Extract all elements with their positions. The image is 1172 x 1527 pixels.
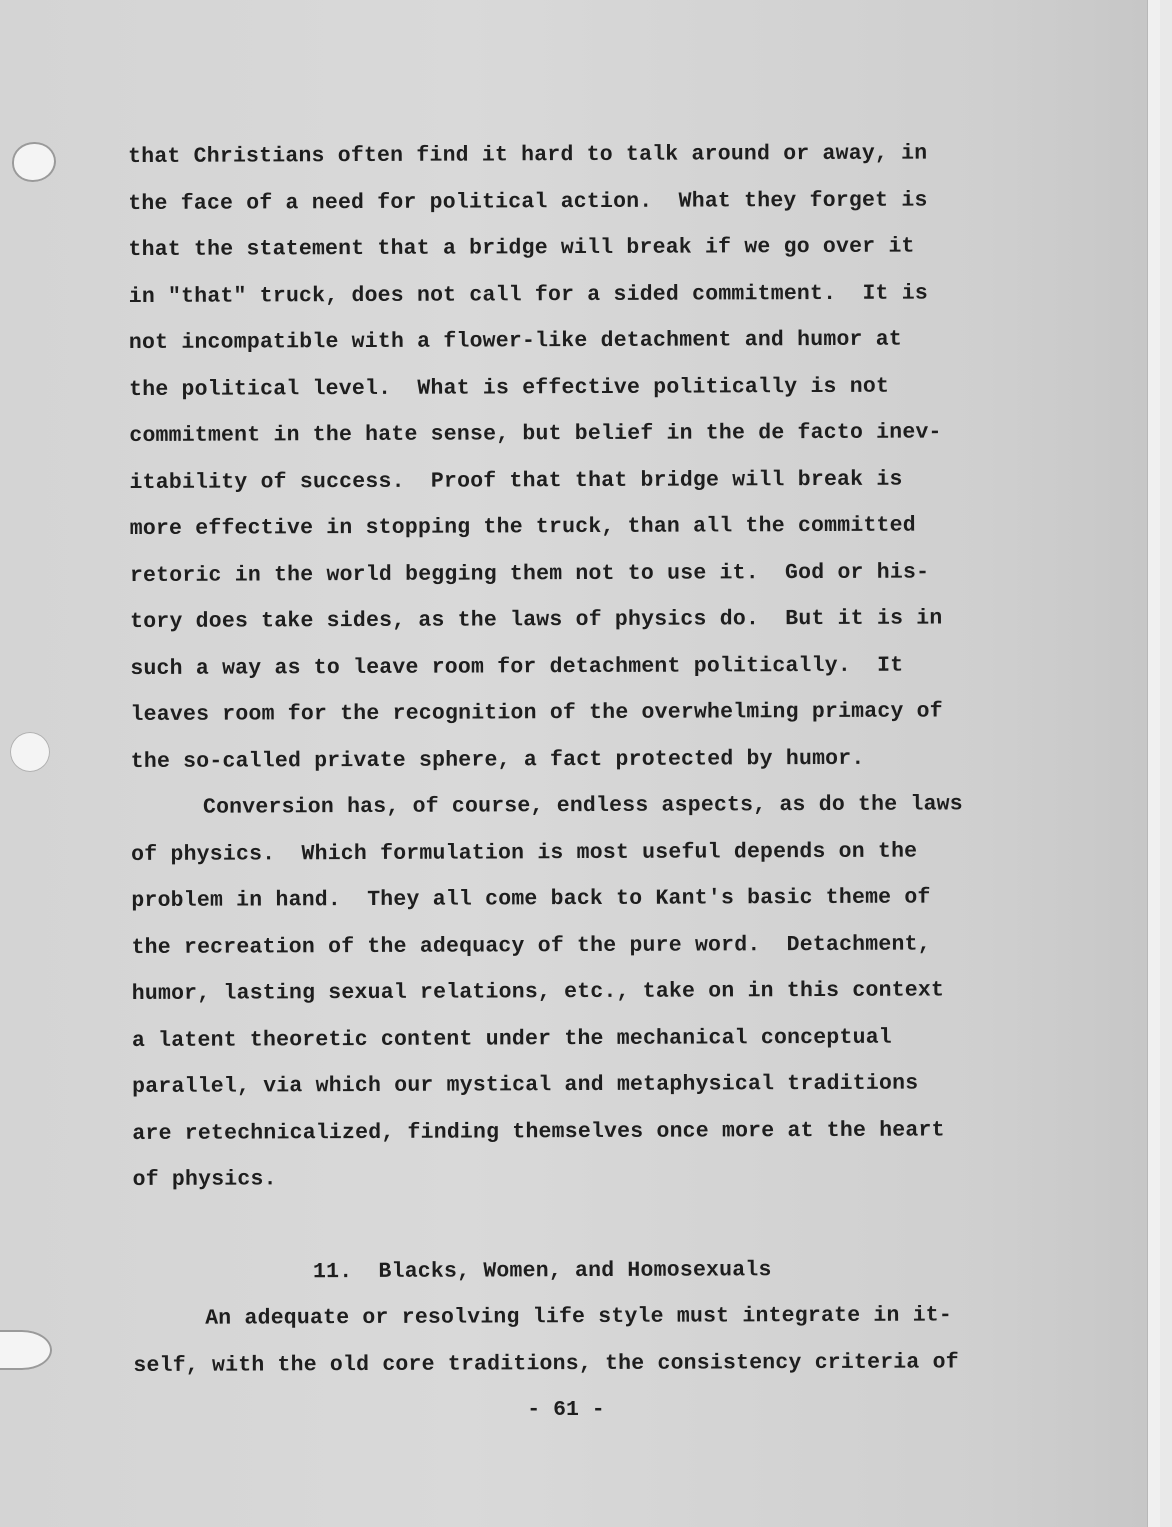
text-line: of physics. Which formulation is most us…: [131, 828, 1031, 878]
section-heading: 11. Blacks, Women, and Homosexuals: [133, 1246, 1033, 1296]
text-line: a latent theoretic content under the mec…: [132, 1014, 1032, 1064]
text-line: parallel, via which our mystical and met…: [132, 1060, 1032, 1110]
text-line: An adequate or resolving life style must…: [133, 1292, 1033, 1342]
text-line: itability of success. Proof that that br…: [129, 456, 1029, 506]
text-line: tory does take sides, as the laws of phy…: [130, 595, 1030, 645]
text-line: that Christians often find it hard to ta…: [128, 130, 1028, 180]
paragraph-1: that Christians often find it hard to ta…: [128, 130, 1031, 785]
text-line: Conversion has, of course, endless aspec…: [131, 781, 1031, 831]
paper-edge: [1147, 0, 1160, 1527]
text-line: that the statement that a bridge will br…: [128, 223, 1028, 273]
typewritten-body: that Christians often find it hard to ta…: [128, 130, 1033, 1389]
text-line: are retechnicalized, finding themselves …: [132, 1107, 1032, 1157]
text-line: humor, lasting sexual relations, etc., t…: [132, 967, 1032, 1017]
text-line: commitment in the hate sense, but belief…: [129, 409, 1029, 459]
text-line: the political level. What is effective p…: [129, 363, 1029, 413]
text-line: in "that" truck, does not call for a sid…: [129, 270, 1029, 320]
text-line: of physics.: [132, 1153, 1032, 1203]
text-line: leaves room for the recognition of the o…: [130, 688, 1030, 738]
text-line: more effective in stopping the truck, th…: [130, 502, 1030, 552]
binder-hole-icon: [0, 1330, 52, 1370]
paragraph-2: Conversion has, of course, endless aspec…: [131, 781, 1033, 1203]
text-line: the recreation of the adequacy of the pu…: [131, 921, 1031, 971]
text-line: problem in hand. They all come back to K…: [131, 874, 1031, 924]
scanned-page: that Christians often find it hard to ta…: [0, 0, 1160, 1527]
text-line: self, with the old core traditions, the …: [133, 1339, 1033, 1389]
binder-hole-icon: [12, 142, 56, 182]
text-line: not incompatible with a flower-like deta…: [129, 316, 1029, 366]
text-line: such a way as to leave room for detachme…: [130, 642, 1030, 692]
paragraph-3: An adequate or resolving life style must…: [133, 1292, 1033, 1389]
text-line: retoric in the world begging them not to…: [130, 549, 1030, 599]
text-line: the so-called private sphere, a fact pro…: [131, 735, 1031, 785]
text-line: the face of a need for political action.…: [128, 177, 1028, 227]
binder-hole-icon: [10, 732, 50, 772]
page-number: - 61 -: [0, 1398, 1172, 1422]
